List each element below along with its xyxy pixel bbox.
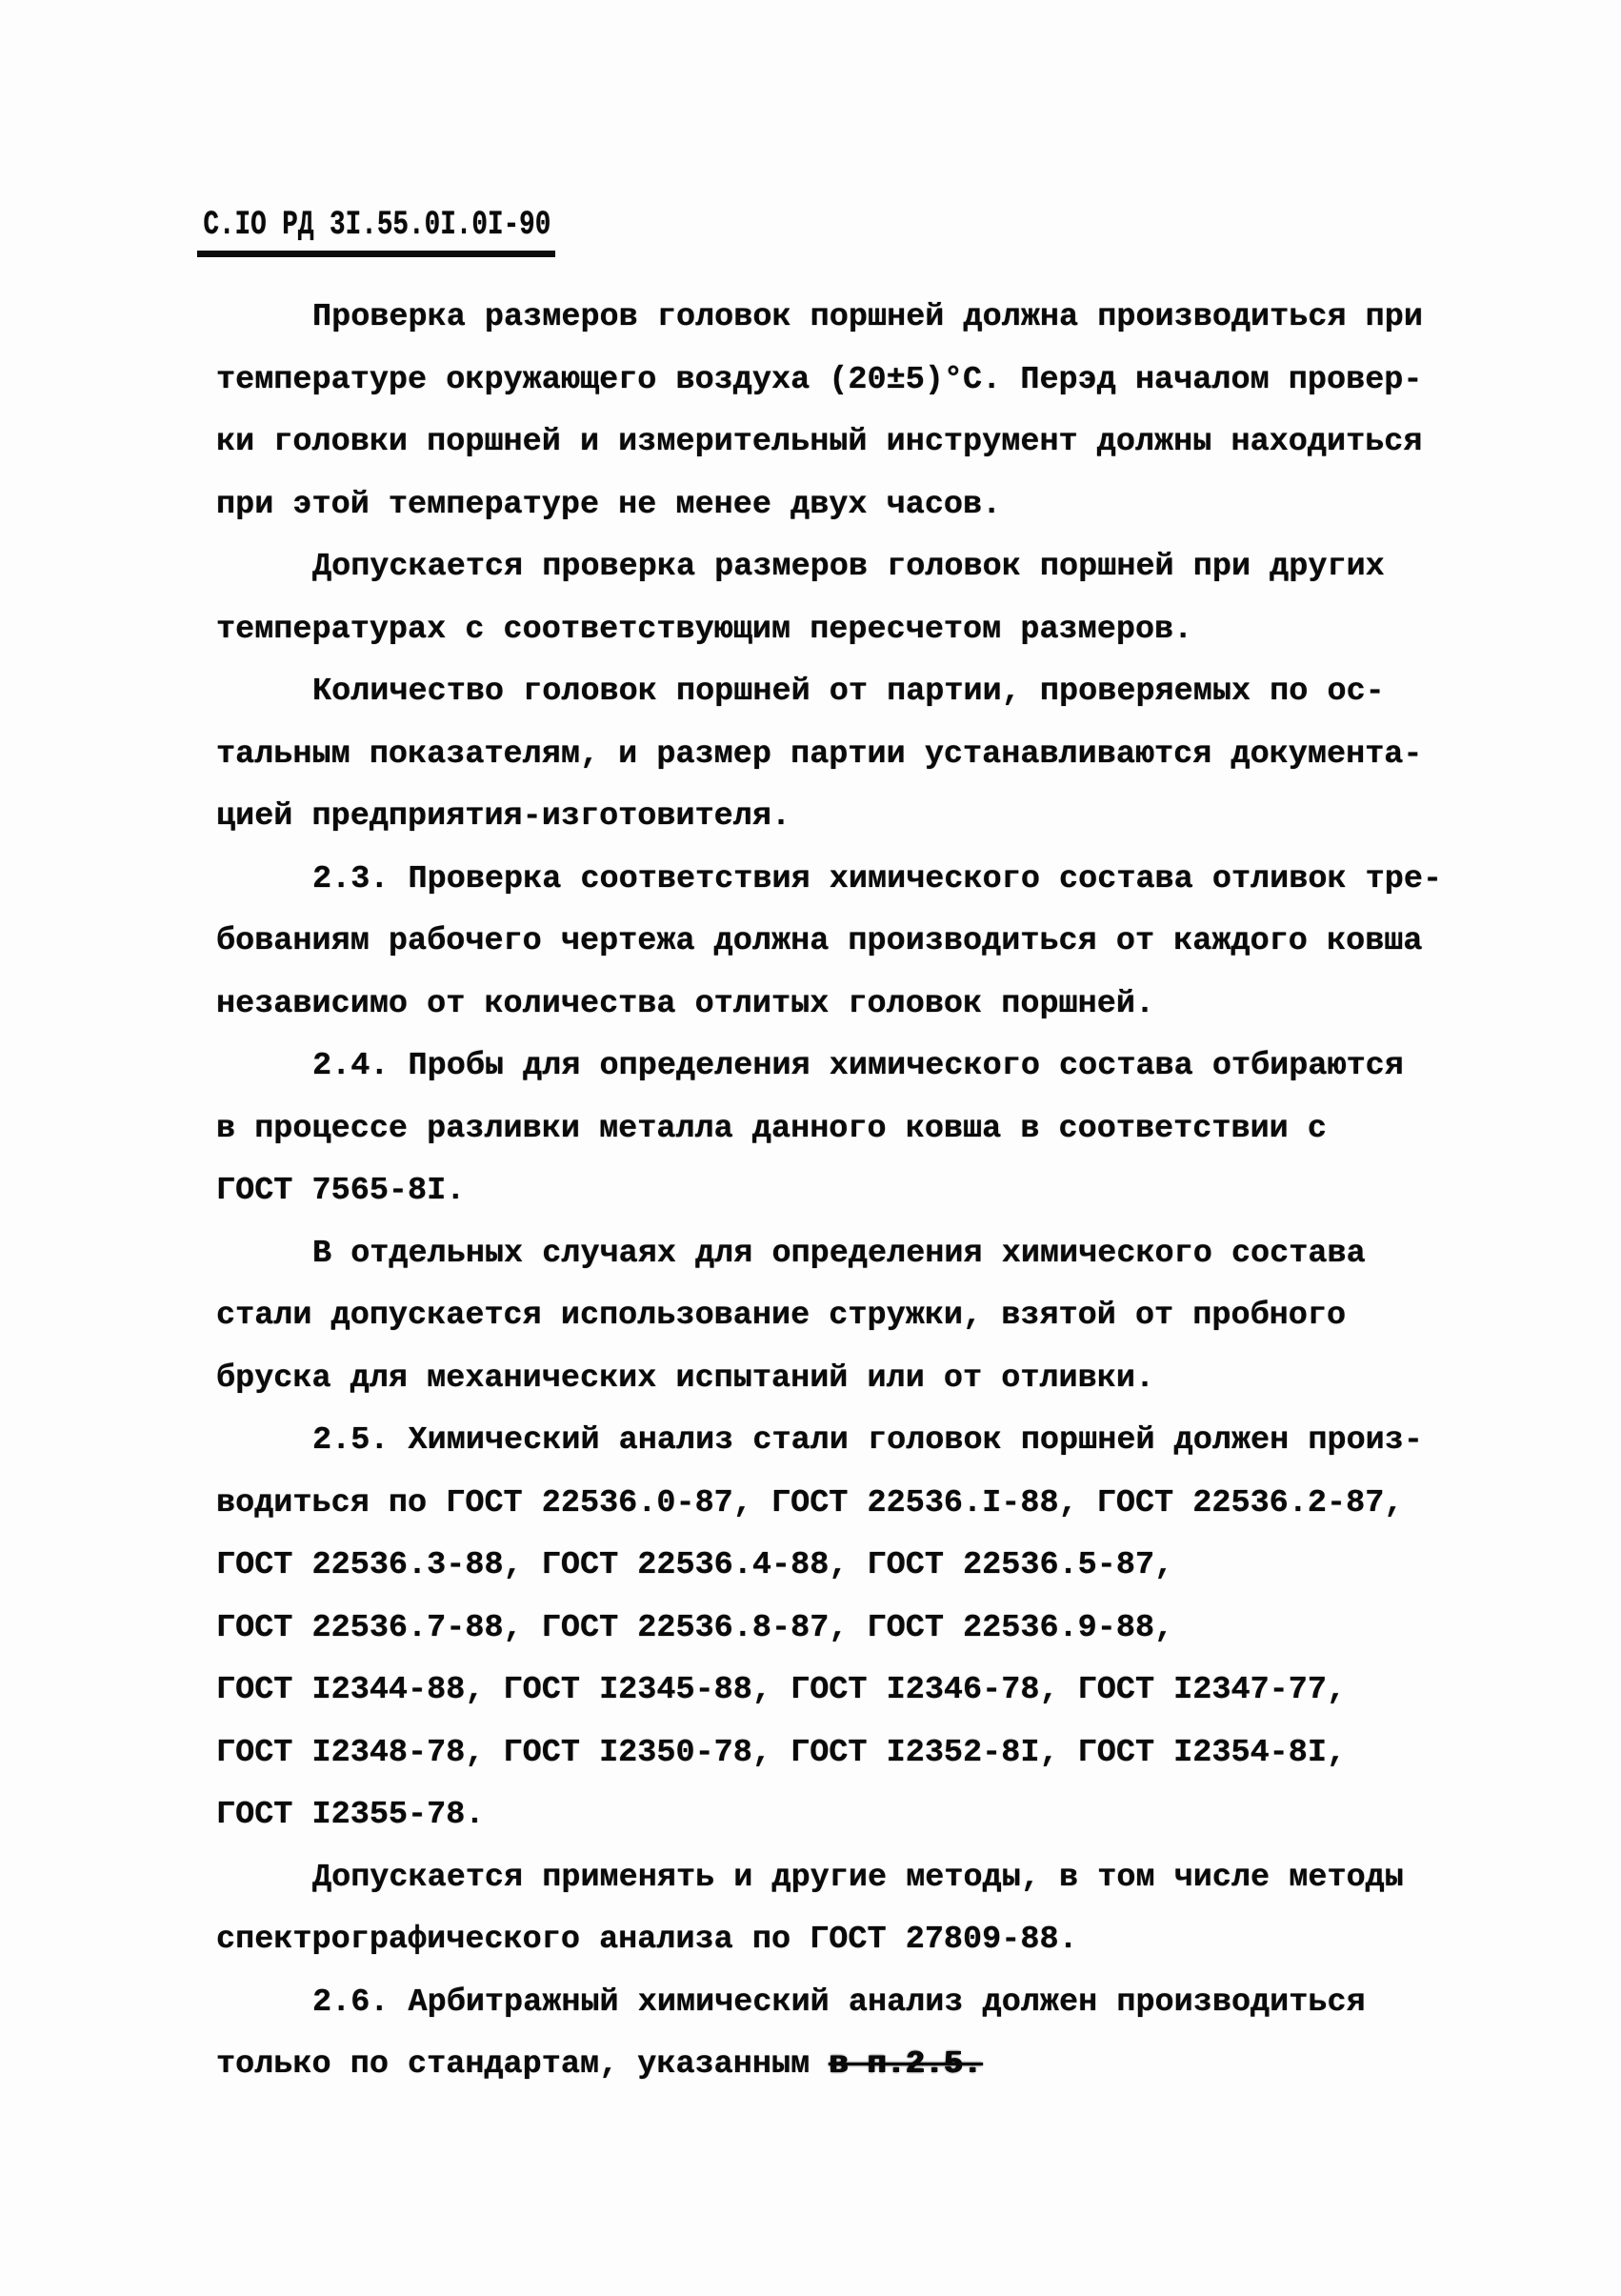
text-line: бруска для механических испытаний или от… bbox=[216, 1348, 1511, 1411]
text-line: Количество головок поршней от партии, пр… bbox=[216, 661, 1511, 724]
text-line: независимо от количества отлитых головок… bbox=[216, 974, 1511, 1037]
text-line: ГОСТ 22536.7-88, ГОСТ 22536.8-87, ГОСТ 2… bbox=[216, 1598, 1511, 1661]
text-line: ГОСТ I2344-88, ГОСТ I2345-88, ГОСТ I2346… bbox=[216, 1660, 1511, 1722]
text-line: ГОСТ 7565-8I. bbox=[216, 1160, 1511, 1223]
text-line: в процессе разливки металла данного ковш… bbox=[216, 1098, 1511, 1161]
text-line: ГОСТ I2348-78, ГОСТ I2350-78, ГОСТ I2352… bbox=[216, 1722, 1511, 1785]
text-line: ГОСТ I2355-78. bbox=[216, 1784, 1511, 1847]
text-line: при этой температуре не менее двух часов… bbox=[216, 474, 1511, 537]
text-line: водиться по ГОСТ 22536.0-87, ГОСТ 22536.… bbox=[216, 1473, 1511, 1536]
text-line: цией предприятия-изготовителя. bbox=[216, 786, 1511, 849]
text-line: 2.4. Пробы для определения химического с… bbox=[216, 1036, 1511, 1098]
text-line: бованиям рабочего чертежа должна произво… bbox=[216, 911, 1511, 974]
text-line: только по стандартам, указанным в п.2.5. bbox=[216, 2034, 1511, 2097]
text-line: 2.5. Химический анализ стали головок пор… bbox=[216, 1410, 1511, 1473]
text-line: температурах с соответствующим пересчето… bbox=[216, 599, 1511, 662]
text-line: тальным показателям, и размер партии уст… bbox=[216, 724, 1511, 787]
text-line: 2.6. Арбитражный химический анализ долже… bbox=[216, 1972, 1511, 2035]
text-line: спектрографического анализа по ГОСТ 2780… bbox=[216, 1909, 1511, 1972]
overtyped-reference: в п.2.5. bbox=[829, 2046, 982, 2083]
text-line: Допускается применять и другие методы, в… bbox=[216, 1847, 1511, 1910]
text-line: ки головки поршней и измерительный инстр… bbox=[216, 412, 1511, 474]
text-line: Допускается проверка размеров головок по… bbox=[216, 536, 1511, 599]
document-page: С.IO РД 3I.55.0I.0I-90 Проверка размеров… bbox=[0, 0, 1621, 2296]
page-header-reference: С.IO РД 3I.55.0I.0I-90 bbox=[197, 206, 555, 257]
text-line: ГОСТ 22536.3-88, ГОСТ 22536.4-88, ГОСТ 2… bbox=[216, 1535, 1511, 1598]
text-line: температуре окружающего воздуха (20±5)°С… bbox=[216, 350, 1511, 413]
text-line: 2.3. Проверка соответствия химического с… bbox=[216, 849, 1511, 912]
text-line: стали допускается использование стружки,… bbox=[216, 1285, 1511, 1348]
text-line: В отдельных случаях для определения хими… bbox=[216, 1223, 1511, 1286]
document-body: Проверка размеров головок поршней должна… bbox=[216, 287, 1511, 2097]
text-line: Проверка размеров головок поршней должна… bbox=[216, 287, 1511, 350]
